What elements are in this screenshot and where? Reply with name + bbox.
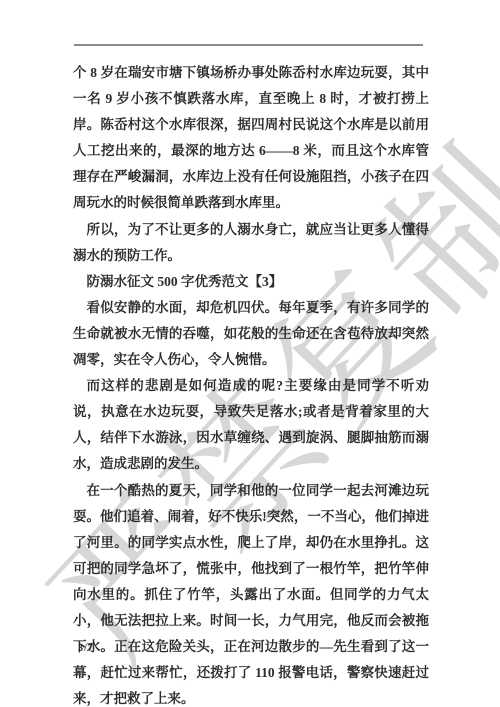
paragraph: 在一个酷热的夏天，同学和他的一位同学一起去河滩边玩耍。他们追着、闹着，好不快乐!…	[73, 478, 429, 707]
section-heading: 防溺水征文 500 字优秀范文【3】	[73, 269, 429, 295]
document-page: 严禁复制 个 8 岁在瑞安市塘下镇场桥办事处陈岙村水库边玩耍，其中一名 9 岁小…	[0, 0, 500, 707]
paragraph-continuation: 个 8 岁在瑞安市塘下镇场桥办事处陈岙村水库边玩耍，其中一名 9 岁小孩不慎跌落…	[73, 60, 429, 217]
paragraph: 所以，为了不让更多的人溺水身亡，就应当让更多人懂得溺水的预防工作。	[73, 217, 429, 269]
header-rule	[74, 44, 423, 46]
paragraph: 而这样的悲剧是如何造成的呢?主要缘由是同学不听劝说，执意在水边玩耍，导致失足落水…	[73, 373, 429, 477]
paragraph: 看似安静的水面，却危机四伏。每年夏季，有许多同学的生命就被水无情的吞噬，如花般的…	[73, 295, 429, 373]
page-number: 3/7	[78, 643, 94, 654]
document-body: 个 8 岁在瑞安市塘下镇场桥办事处陈岙村水库边玩耍，其中一名 9 岁小孩不慎跌落…	[73, 60, 429, 707]
